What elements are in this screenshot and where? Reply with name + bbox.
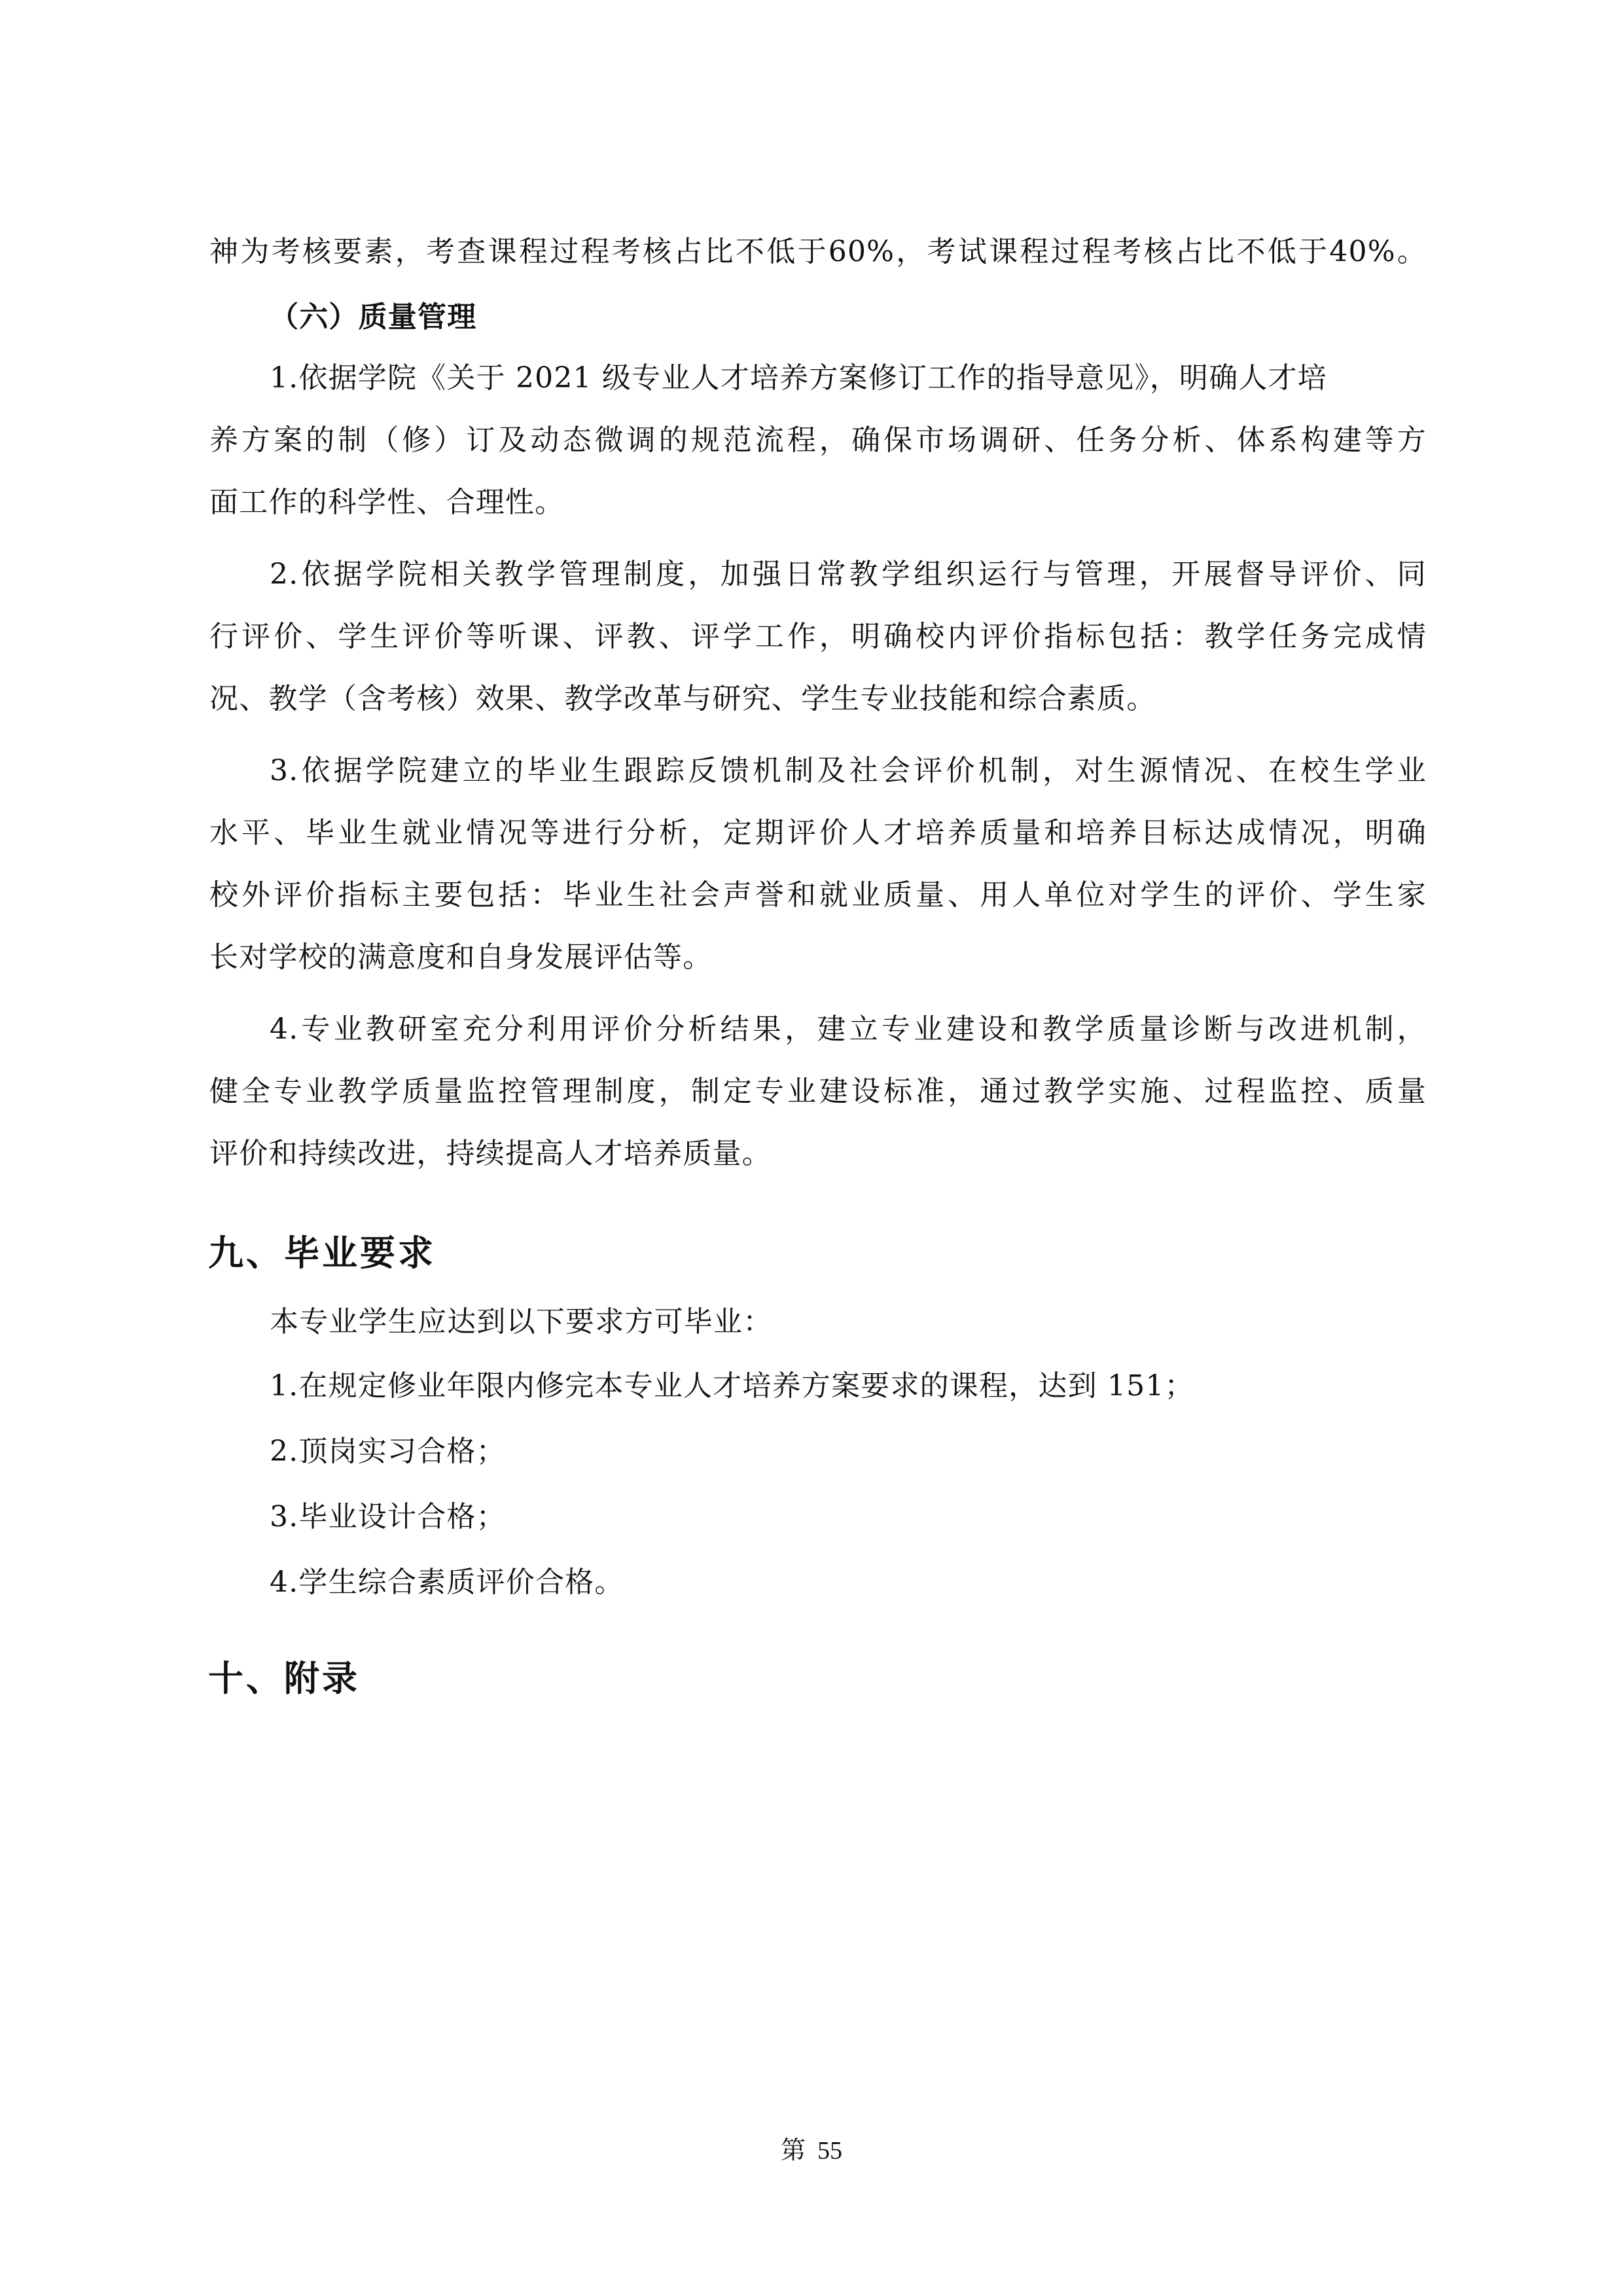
paragraph-line: 健全专业教学质量监控管理制度，制定专业建设标准，通过教学实施、过程监控、质量 [209,1072,1427,1111]
paragraph-line: 长对学校的满意度和自身发展评估等。 [209,938,1427,977]
paragraph-line: 1.依据学院《关于 2021 级专业人才培养方案修订工作的指导意见》，明确人才培 [270,359,1427,398]
paragraph-line: 4.专业教研室充分利用评价分析结果，建立专业建设和教学质量诊断与改进机制， [270,1010,1427,1049]
intro-line: 神为考核要素，考查课程过程考核占比不低于60%，考试课程过程考核占比不低于40%… [209,232,1427,272]
page-prefix: 第 [781,2137,806,2164]
document-page: 神为考核要素，考查课程过程考核占比不低于60%，考试课程过程考核占比不低于40%… [0,0,1623,2296]
graduation-item-1: 1.在规定修业年限内修完本专业人才培养方案要求的课程，达到 151； [270,1367,1487,1406]
paragraph-line: 面工作的科学性、合理性。 [209,483,1427,522]
page-footer: 第55 [0,2135,1623,2166]
paragraph-line: 校外评价指标主要包括：毕业生社会声誉和就业质量、用人单位对学生的评价、学生家 [209,876,1427,915]
graduation-item-4: 4.学生综合素质评价合格。 [270,1563,1487,1602]
section-nine-heading: 九、毕业要求 [208,1230,436,1276]
page-number: 55 [817,2137,842,2164]
paragraph-line: 况、教学（含考核）效果、教学改革与研究、学生专业技能和综合素质。 [209,679,1427,719]
paragraph-line: 水平、毕业生就业情况等进行分析，定期评价人才培养质量和培养目标达成情况，明确 [209,814,1427,853]
graduation-intro: 本专业学生应达到以下要求方可毕业： [270,1302,1487,1342]
section-ten-heading: 十、附录 [208,1656,360,1702]
section-six-title: （六）质量管理 [270,298,1487,337]
graduation-item-3: 3.毕业设计合格； [270,1498,1487,1537]
graduation-item-2: 2.顶岗实习合格； [270,1432,1487,1471]
paragraph-line: 行评价、学生评价等听课、评教、评学工作，明确校内评价指标包括：教学任务完成情 [209,617,1427,656]
paragraph-line: 3.依据学院建立的毕业生跟踪反馈机制及社会评价机制，对生源情况、在校生学业 [270,751,1427,791]
paragraph-line: 养方案的制（修）订及动态微调的规范流程，确保市场调研、任务分析、体系构建等方 [209,421,1427,460]
paragraph-line: 评价和持续改进，持续提高人才培养质量。 [209,1134,1427,1174]
paragraph-line: 2.依据学院相关教学管理制度，加强日常教学组织运行与管理，开展督导评价、同 [270,555,1427,594]
